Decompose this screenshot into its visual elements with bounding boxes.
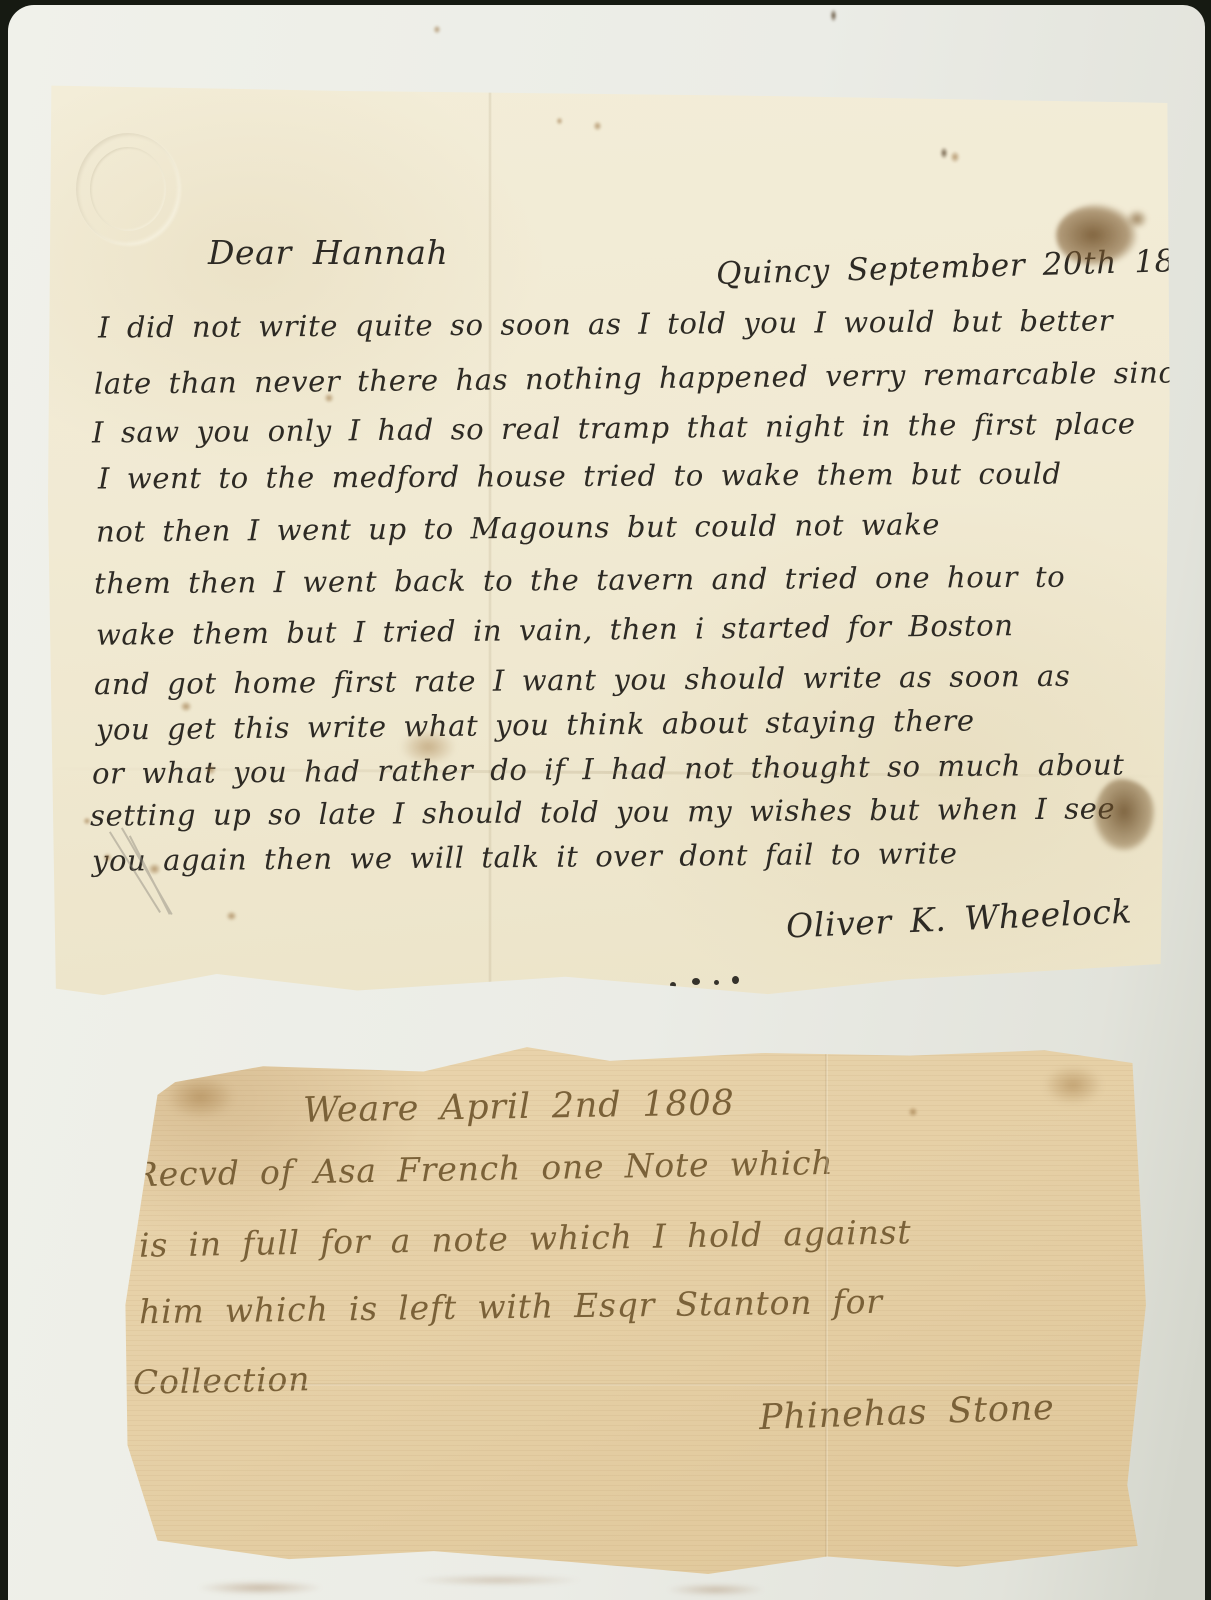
foxing-spot (950, 151, 960, 163)
fold-crease (113, 1383, 1148, 1386)
letter-body-line: late than never there has nothing happen… (94, 355, 1193, 401)
foxing-spot (830, 9, 837, 22)
foxing-spot (940, 147, 948, 159)
letter-body-line: I did not write quite so soon as I told … (98, 303, 1113, 344)
letter-body-line: and got home first rate I want you shoul… (94, 659, 1071, 702)
letter-1842-paper: Dear Hannah Quincy September 20th 1842 I… (48, 81, 1173, 996)
letter-signature: Oliver K. Wheelock (785, 891, 1133, 945)
foxing-spot (180, 701, 192, 712)
letter-body-line: not then I went up to Magouns but could … (96, 507, 940, 548)
ink-stain (1126, 209, 1148, 229)
foxing-spot (556, 117, 563, 125)
foxing-spot (324, 393, 334, 403)
paper-smudge (165, 1075, 235, 1119)
letter-body-line: setting up so late I should told you my … (90, 791, 1115, 832)
receipt-body-line: Recvd of Asa French one Note which (133, 1143, 834, 1194)
backing-stain-streaks (158, 1565, 838, 1600)
letter-body-line: you get this write what you think about … (96, 703, 975, 746)
letter-body-line: I went to the medford house tried to wak… (98, 456, 1062, 495)
ink-dots (666, 974, 752, 994)
receipt-body-line: him which is left with Esqr Stanton for (139, 1282, 883, 1331)
foxing-spot (908, 1107, 918, 1117)
paper-smudge (1043, 1065, 1103, 1105)
letter-body-line: you again then we will talk it over dont… (92, 836, 958, 878)
letter-dateline: Quincy September 20th 1842 (716, 242, 1211, 292)
ink-stain (1093, 779, 1155, 851)
letter-body-line: I saw you only I had so real tramp that … (92, 406, 1136, 449)
letter-body-line: wake them but I tried in vain, then i st… (96, 608, 1014, 652)
letter-salutation: Dear Hannah (208, 233, 448, 272)
foxing-spot (83, 817, 91, 825)
letter-body-line: them then I went back to the tavern and … (94, 560, 1065, 601)
foxing-spot (433, 25, 441, 34)
receipt-signature: Phinehas Stone (758, 1388, 1055, 1438)
receipt-1808-paper: Weare April 2nd 1808 Recvd of Asa French… (113, 1045, 1148, 1575)
foxing-spot (226, 911, 237, 921)
foxing-spot (593, 121, 602, 131)
paper-smudge (400, 729, 456, 765)
pencil-scribble (100, 821, 200, 971)
receipt-heading: Weare April 2nd 1808 (303, 1083, 735, 1131)
fold-crease (825, 1045, 828, 1575)
ink-stain (1056, 203, 1138, 267)
receipt-body-line: is in full for a note which I hold again… (139, 1212, 912, 1264)
album-backing-page: Dear Hannah Quincy September 20th 1842 I… (8, 5, 1205, 1600)
paper-crease (488, 81, 492, 996)
embossed-seal (76, 133, 180, 245)
receipt-body-line: Collection (133, 1359, 311, 1402)
